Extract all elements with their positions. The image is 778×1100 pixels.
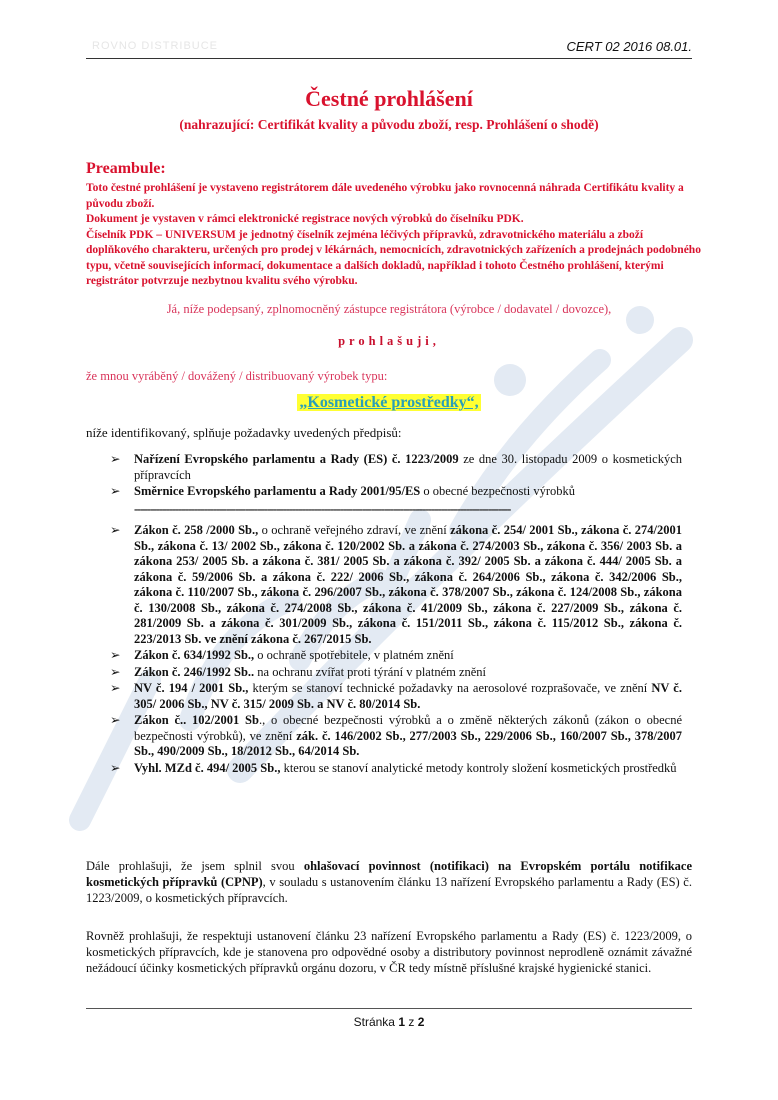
product-type-block: „Kosmetické prostředky“, xyxy=(0,394,778,412)
regulation-item: ➢Zákon č. 258 /2000 Sb., o ochraně veřej… xyxy=(110,523,682,647)
regulation-description: o ochraně veřejného zdraví, ve znění xyxy=(258,523,450,537)
header-faded-text: ROVNO DISTRIBUCE xyxy=(92,40,218,52)
regulation-item: ➢Směrnice Evropského parlamentu a Rady 2… xyxy=(110,484,682,500)
regulation-item: ➢Nařízení Evropského parlamentu a Rady (… xyxy=(110,452,682,483)
identified-statement: níže identifikovaný, splňuje požadavky u… xyxy=(86,425,402,441)
regulation-description: kterým se stanoví technické požadavky na… xyxy=(248,681,651,695)
regulation-description: o ochraně spotřebitele, v platném znění xyxy=(254,648,454,662)
arrow-bullet-icon: ➢ xyxy=(110,665,120,681)
page-current: 1 xyxy=(398,1015,405,1029)
regulation-reference: Zákon č. 634/1992 Sb., xyxy=(134,648,254,662)
paragraph-text: Dále prohlašuji, že jsem splnil svou xyxy=(86,859,304,873)
document-subtitle: (nahrazující: Certifikát kvality a původ… xyxy=(0,117,778,133)
regulation-item: ➢Vyhl. MZd č. 494/ 2005 Sb., kterou se s… xyxy=(110,761,682,777)
regulation-item: ➢NV č. 194 / 2001 Sb., kterým se stanoví… xyxy=(110,681,682,712)
regulation-reference: Zákon č. 246/1992 Sb.. xyxy=(134,665,254,679)
regulation-item: ➢Zákon č. 634/1992 Sb., o ochraně spotře… xyxy=(110,648,682,664)
product-type-intro: že mnou vyráběný / dovážený / distribuov… xyxy=(86,369,387,384)
regulation-item: ➢Zákon č. 246/1992 Sb.. na ochranu zvířa… xyxy=(110,665,682,681)
arrow-bullet-icon: ➢ xyxy=(110,681,120,697)
document-title: Čestné prohlášení xyxy=(0,86,778,112)
preamble-heading: Preambule: xyxy=(86,160,706,178)
regulation-description: kterou se stanoví analytické metody kont… xyxy=(280,761,676,775)
adverse-effects-paragraph: Rovněž prohlašuji, že respektuji ustanov… xyxy=(86,928,692,976)
regulation-description: o obecné bezpečnosti výrobků xyxy=(420,484,575,498)
arrow-bullet-icon: ➢ xyxy=(110,484,120,500)
notification-paragraph: Dále prohlašuji, že jsem splnil svou ohl… xyxy=(86,858,692,906)
arrow-bullet-icon: ➢ xyxy=(110,761,120,777)
page-footer: Stránka 1 z 2 xyxy=(0,1015,778,1029)
regulation-item: ➢Zákon č.. 102/2001 Sb., o obecné bezpeč… xyxy=(110,713,682,760)
regulation-reference: Směrnice Evropského parlamentu a Rady 20… xyxy=(134,484,420,498)
arrow-bullet-icon: ➢ xyxy=(110,648,120,664)
page-label: Stránka xyxy=(354,1015,395,1029)
regulation-reference: zákona č. 254/ 2001 Sb., zákona č. 274/2… xyxy=(134,523,682,646)
declarant-statement: Já, níže podepsaný, zplnomocněný zástupc… xyxy=(0,302,778,317)
page-total: 2 xyxy=(418,1015,425,1029)
regulation-reference: Zákon č.. 102/2001 Sb xyxy=(134,713,259,727)
dashed-separator: ----------------------------------------… xyxy=(110,502,682,518)
arrow-bullet-icon: ➢ xyxy=(110,452,120,468)
arrow-bullet-icon: ➢ xyxy=(110,523,120,539)
regulation-reference: Nařízení Evropského parlamentu a Rady (E… xyxy=(134,452,459,466)
preamble-paragraph: Dokument je vystaven v rámci elektronick… xyxy=(86,212,706,228)
page-header: ROVNO DISTRIBUCE CERT 02 2016 08.01. xyxy=(86,28,692,59)
preamble-paragraph: Číselník PDK – UNIVERSUM je jednotný čís… xyxy=(86,228,706,290)
page-of: z xyxy=(408,1015,414,1029)
regulation-description: na ochranu zvířat proti týrání v platném… xyxy=(254,665,486,679)
regulations-list: ➢Nařízení Evropského parlamentu a Rady (… xyxy=(110,452,682,777)
regulation-reference: NV č. 194 / 2001 Sb., xyxy=(134,681,248,695)
regulation-reference: Vyhl. MZd č. 494/ 2005 Sb., xyxy=(134,761,280,775)
document-reference: CERT 02 2016 08.01. xyxy=(566,39,692,54)
preamble-paragraph: Toto čestné prohlášení je vystaveno regi… xyxy=(86,181,706,212)
product-type-highlight: „Kosmetické prostředky“, xyxy=(297,394,480,411)
arrow-bullet-icon: ➢ xyxy=(110,713,120,729)
regulation-reference: Zákon č. 258 /2000 Sb., xyxy=(134,523,258,537)
preamble-section: Preambule: Toto čestné prohlášení je vys… xyxy=(86,160,706,290)
footer-divider xyxy=(86,1008,692,1009)
declare-word: prohlašuji, xyxy=(0,334,778,349)
